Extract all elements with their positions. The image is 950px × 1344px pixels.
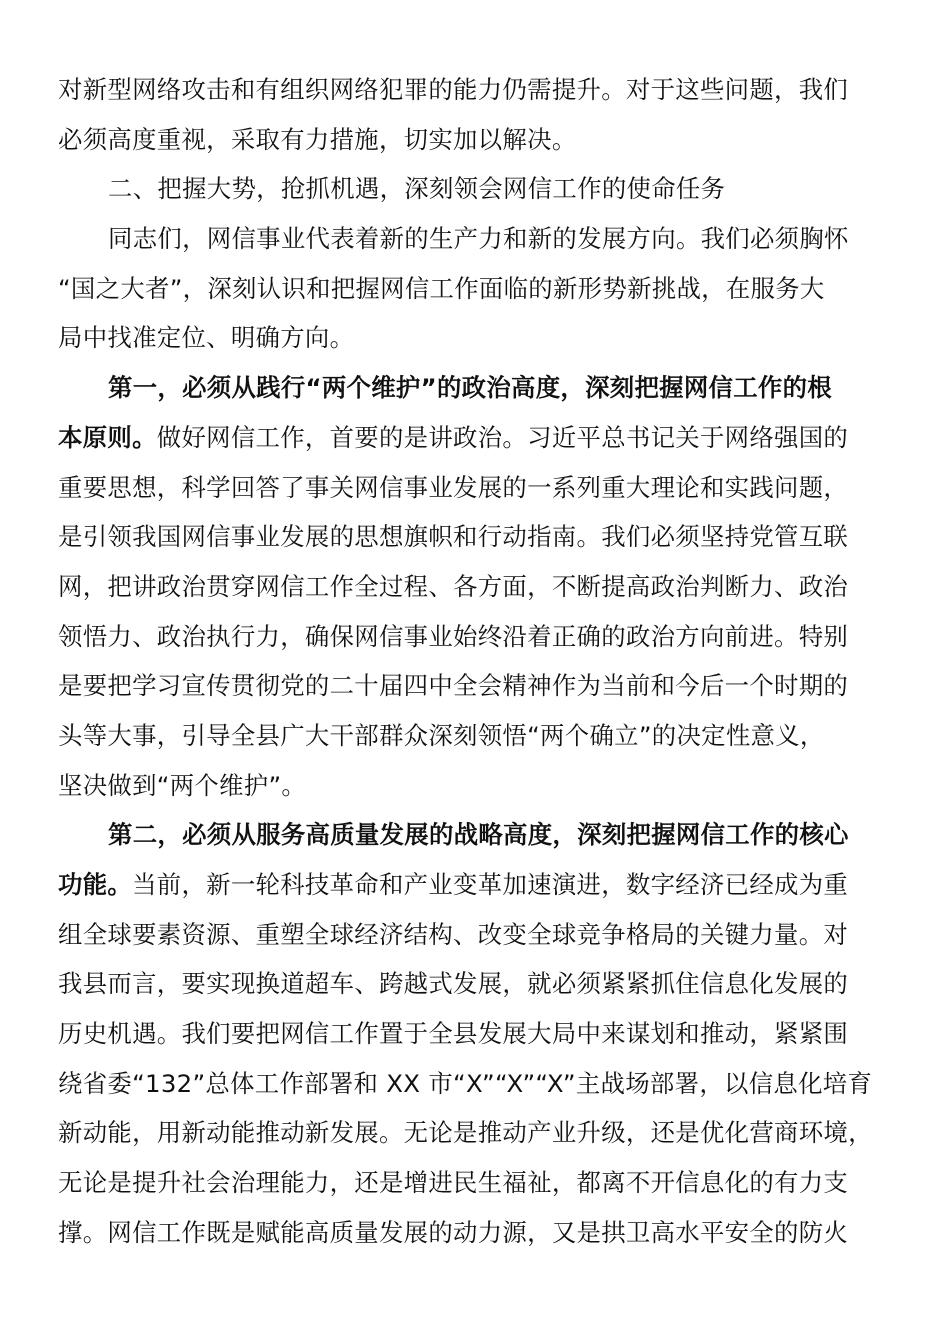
text-line: 历史机遇。我们要把网信工作置于全县发展大局中来谋划和推动，紧紧围 xyxy=(58,1009,878,1059)
text-line: 功能。当前，新一轮科技革命和产业变革加速演进，数字经济已经成为重 xyxy=(58,860,878,910)
line-text: 必须高度重视，采取有力措施，切实加以解决。 xyxy=(58,125,577,154)
line-text: 撑。网信工作既是赋能高质量发展的动力源，又是拱卫高水平安全的防火 xyxy=(58,1218,848,1247)
line-text: 组全球要素资源、重塑全球经济结构、改变全球竞争格局的关键力量。对 xyxy=(58,920,848,949)
line-text: 坚决做到“两个维护”。 xyxy=(58,771,306,800)
bold-heading-text: 功能。 xyxy=(58,870,132,899)
text-line: 领悟力、政治执行力，确保网信事业始终沿着正确的政治方向前进。特别 xyxy=(58,612,878,662)
text-line: 本原则。做好网信工作，首要的是讲政治。习近平总书记关于网络强国的 xyxy=(58,413,878,463)
bold-heading-text: 本原则。 xyxy=(58,423,157,452)
line-text: 对新型网络攻击和有组织网络犯罪的能力仍需提升。对于这些问题，我们 xyxy=(58,75,848,104)
line-text: “国之大者”，深刻认识和把握网信工作面临的新形势新挑战，在服务大 xyxy=(58,274,825,303)
paragraph-start: 同志们，网信事业代表着新的生产力和新的发展方向。我们必须胸怀 xyxy=(58,214,878,264)
text-line: 我县而言，要实现换道超车、跨越式发展，就必须紧紧抓住信息化发展的 xyxy=(58,959,878,1009)
text-line: 局中找准定位、明确方向。 xyxy=(58,313,878,363)
section-heading: 二、把握大势，抢抓机遇，深刻领会网信工作的使命任务 xyxy=(58,164,878,214)
line-text: 重要思想，科学回答了事关网信事业发展的一系列重大理论和实践问题， xyxy=(58,473,848,502)
text-line: “国之大者”，深刻认识和把握网信工作面临的新形势新挑战，在服务大 xyxy=(58,264,878,314)
line-text: 是引领我国网信事业发展的思想旗帜和行动指南。我们必须坚持党管互联 xyxy=(58,522,848,551)
text-line: 无论是提升社会治理能力，还是增进民生福祉，都离不开信息化的有力支 xyxy=(58,1158,878,1208)
line-text: 局中找准定位、明确方向。 xyxy=(58,323,354,352)
text-line: 必须高度重视，采取有力措施，切实加以解决。 xyxy=(58,115,878,165)
line-text: 同志们，网信事业代表着新的生产力和新的发展方向。我们必须胸怀 xyxy=(108,224,849,253)
text-line: 是要把学习宣传贯彻党的二十届四中全会精神作为当前和今后一个时期的 xyxy=(58,661,878,711)
line-text: 我县而言，要实现换道超车、跨越式发展，就必须紧紧抓住信息化发展的 xyxy=(58,969,848,998)
text-line: 网，把讲政治贯穿网信工作全过程、各方面，不断提高政治判断力、政治 xyxy=(58,562,878,612)
line-text: 做好网信工作，首要的是讲政治。习近平总书记关于网络强国的 xyxy=(157,423,848,452)
text-line: 绕省委“132”总体工作部署和 XX 市“X”“X”“X”主战场部署，以信息化培… xyxy=(58,1059,878,1109)
bold-heading-text: 第二，必须从服务高质量发展的战略高度，深刻把握网信工作的核心 xyxy=(108,820,849,849)
text-line: 新动能，用新动能推动新发展。无论是推动产业升级，还是优化营商环境， xyxy=(58,1108,878,1158)
section-heading-text: 二、把握大势，抢抓机遇，深刻领会网信工作的使命任务 xyxy=(108,174,725,203)
bold-heading-text: 第一，必须从践行“两个维护”的政治高度，深刻把握网信工作的根 xyxy=(108,373,832,402)
line-text: 网，把讲政治贯穿网信工作全过程、各方面，不断提高政治判断力、政治 xyxy=(58,572,848,601)
text-line: 是引领我国网信事业发展的思想旗帜和行动指南。我们必须坚持党管互联 xyxy=(58,512,878,562)
line-text: 是要把学习宣传贯彻党的二十届四中全会精神作为当前和今后一个时期的 xyxy=(58,671,848,700)
text-line: 重要思想，科学回答了事关网信事业发展的一系列重大理论和实践问题， xyxy=(58,463,878,513)
line-text: 当前，新一轮科技革命和产业变革加速演进，数字经济已经成为重 xyxy=(132,870,848,899)
document-page: 对新型网络攻击和有组织网络犯罪的能力仍需提升。对于这些问题，我们 必须高度重视，… xyxy=(58,65,878,1258)
text-line: 对新型网络攻击和有组织网络犯罪的能力仍需提升。对于这些问题，我们 xyxy=(58,65,878,115)
line-text: 新动能，用新动能推动新发展。无论是推动产业升级，还是优化营商环境， xyxy=(58,1118,873,1147)
point-heading-2: 第二，必须从服务高质量发展的战略高度，深刻把握网信工作的核心 xyxy=(58,810,878,860)
point-heading-1: 第一，必须从践行“两个维护”的政治高度，深刻把握网信工作的根 xyxy=(58,363,878,413)
text-line: 组全球要素资源、重塑全球经济结构、改变全球竞争格局的关键力量。对 xyxy=(58,910,878,960)
text-line: 撑。网信工作既是赋能高质量发展的动力源，又是拱卫高水平安全的防火 xyxy=(58,1208,878,1258)
line-text: 头等大事，引导全县广大干部群众深刻领悟“两个确立”的决定性意义， xyxy=(58,721,825,750)
line-text: 领悟力、政治执行力，确保网信事业始终沿着正确的政治方向前进。特别 xyxy=(58,622,848,651)
line-text: 绕省委“132”总体工作部署和 XX 市“X”“X”“X”主战场部署，以信息化培… xyxy=(58,1069,872,1098)
text-line: 坚决做到“两个维护”。 xyxy=(58,761,878,811)
line-text: 无论是提升社会治理能力，还是增进民生福祉，都离不开信息化的有力支 xyxy=(58,1168,848,1197)
text-line: 头等大事，引导全县广大干部群众深刻领悟“两个确立”的决定性意义， xyxy=(58,711,878,761)
line-text: 历史机遇。我们要把网信工作置于全县发展大局中来谋划和推动，紧紧围 xyxy=(58,1019,848,1048)
